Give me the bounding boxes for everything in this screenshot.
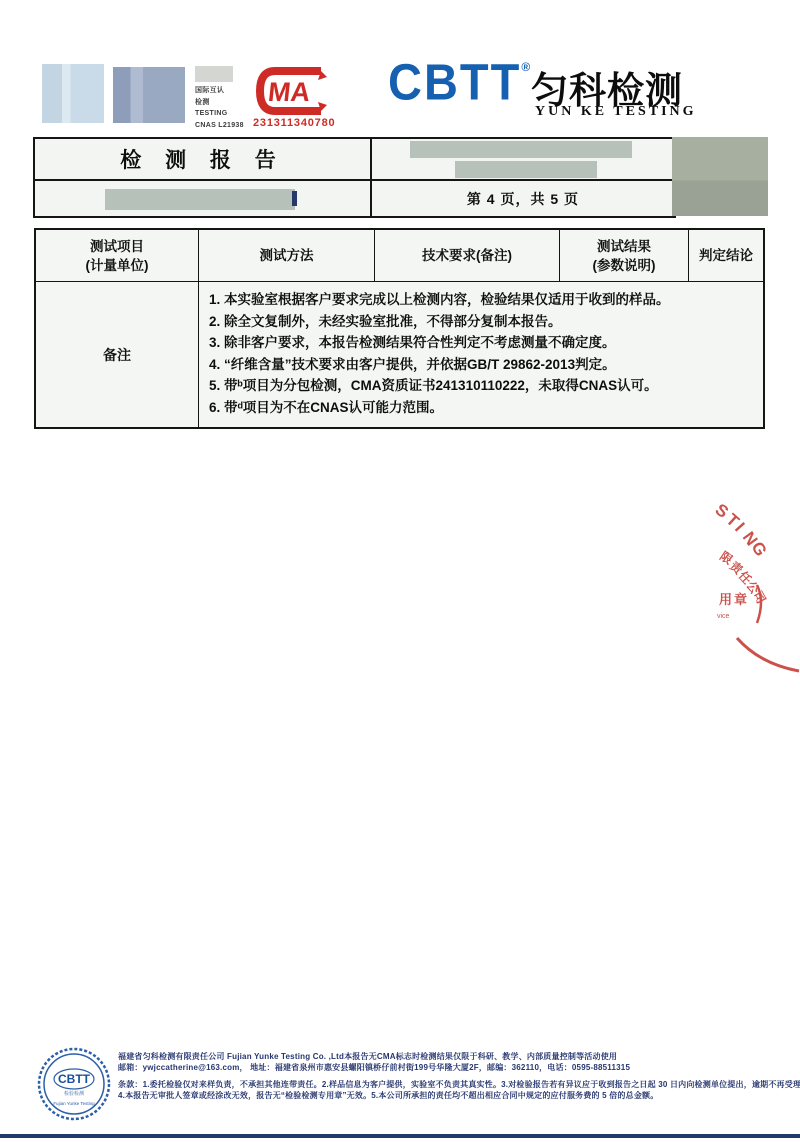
company-name-en: YUN KE TESTING bbox=[535, 104, 697, 120]
stamp-small-text: vice bbox=[717, 613, 730, 620]
note-line: 5. 带ᵇ项目为分包检测，CMA资质证书241310110222，未取得CNAS… bbox=[209, 375, 753, 397]
footer-line: 福建省匀科检测有限责任公司 Fujian Yunke Testing Co. ,… bbox=[118, 1051, 778, 1062]
report-page: 国际互认 检测 TESTING CNAS L21938 MA 231311340… bbox=[0, 0, 800, 1142]
test-results-table: 测试项目 (计量单位) 测试方法 技术要求(备注) 测试结果 (参数说明) 判定… bbox=[34, 228, 765, 429]
page-info: 第 4 页，共 5 页 bbox=[467, 189, 579, 209]
seal-arc-text: Fujian Yunke Testing bbox=[53, 1101, 95, 1106]
seal-logo-text: CBTT bbox=[58, 1072, 91, 1086]
cnas-line: CNAS L21938 bbox=[195, 120, 244, 132]
cma-certificate-number: 231311340780 bbox=[253, 117, 335, 129]
redacted-sample-id bbox=[105, 189, 295, 210]
stamp-outer-arc bbox=[737, 638, 799, 671]
redacted-cnas-mark bbox=[195, 66, 233, 82]
red-seal-stamp: S T I N G 限 责 任 公 司 用章 vice bbox=[655, 468, 800, 700]
cma-letters: MA bbox=[267, 76, 312, 107]
redacted-logo-block-1 bbox=[42, 64, 104, 123]
column-header-line: 测试结果 bbox=[597, 237, 651, 256]
column-header-line: 技术要求(备注) bbox=[422, 246, 512, 265]
cnas-line: 检测 bbox=[195, 97, 244, 109]
column-header-line: 测试项目 bbox=[90, 237, 144, 256]
redacted-report-number-2 bbox=[455, 161, 597, 178]
footer-line: 条款：1.委托检验仅对来样负责，不承担其他连带责任。2.样品信息为客户提供，实验… bbox=[118, 1079, 778, 1090]
note-line: 4. “纤维含量”技术要求由客户提供，并依据GB/T 29862-2013判定。 bbox=[209, 354, 753, 376]
column-header-line: (计量单位) bbox=[86, 256, 149, 275]
company-brand: CBTT® 匀科检测 YUN KE TESTING bbox=[388, 58, 530, 105]
cnas-accreditation-text: 国际互认 检测 TESTING CNAS L21938 bbox=[195, 85, 244, 131]
cbtt-footer-seal: CBTT 检验检测 Fujian Yunke Testing bbox=[36, 1046, 112, 1122]
column-header-conclusion: 判定结论 bbox=[689, 230, 763, 282]
remarks-label: 备注 bbox=[36, 282, 199, 427]
note-line: 6. 带ᵈ项目为不在CNAS认可能力范围。 bbox=[209, 397, 753, 419]
cnas-line: 国际互认 bbox=[195, 85, 244, 97]
footer-line: 邮箱：ywjccatherine@163.com， 地址：福建省泉州市惠安县螺阳… bbox=[118, 1062, 778, 1073]
seal-sub-text: 检验检测 bbox=[64, 1090, 84, 1097]
report-title: 检 测 报 告 bbox=[120, 144, 285, 174]
footer-line: 4.本报告无审批人签章或经涂改无效，报告无“检验检测专用章”无效。5.本公司所承… bbox=[118, 1090, 778, 1101]
redacted-report-number bbox=[410, 141, 632, 158]
redacted-corner-block bbox=[672, 137, 768, 216]
redacted-logo-block-2 bbox=[113, 67, 185, 123]
note-line: 1. 本实验室根据客户要求完成以上检测内容，检验结果仅适用于收到的样品。 bbox=[209, 289, 753, 311]
column-header-requirement: 技术要求(备注) bbox=[375, 230, 560, 282]
remarks-content: 1. 本实验室根据客户要求完成以上检测内容，检验结果仅适用于收到的样品。 2. … bbox=[199, 282, 763, 427]
column-header-line: 判定结论 bbox=[699, 246, 753, 265]
redacted-sample-id-tail bbox=[292, 191, 297, 206]
column-header-line: 测试方法 bbox=[260, 246, 314, 265]
remarks-row: 备注 1. 本实验室根据客户要求完成以上检测内容，检验结果仅适用于收到的样品。 … bbox=[36, 282, 763, 427]
column-header-line: (参数说明) bbox=[593, 256, 656, 275]
stamp-center-text: 用章 bbox=[719, 592, 749, 607]
cbtt-logo: CBTT bbox=[388, 56, 521, 107]
report-title-cell: 检 测 报 告 bbox=[35, 139, 372, 181]
footer-legal-text: 福建省匀科检测有限责任公司 Fujian Yunke Testing Co. ,… bbox=[118, 1051, 778, 1101]
registered-mark-icon: ® bbox=[521, 60, 530, 74]
cnas-line: TESTING bbox=[195, 108, 244, 120]
column-header-test-item: 测试项目 (计量单位) bbox=[36, 230, 199, 282]
note-line: 2. 除全文复制外，未经实验室批准，不得部分复制本报告。 bbox=[209, 311, 753, 333]
column-header-test-method: 测试方法 bbox=[199, 230, 375, 282]
page-info-cell: 第 4 页，共 5 页 bbox=[372, 181, 674, 216]
table-header-row: 测试项目 (计量单位) 测试方法 技术要求(备注) 测试结果 (参数说明) 判定… bbox=[36, 230, 763, 282]
cma-icon: MA bbox=[255, 66, 333, 118]
column-header-test-result: 测试结果 (参数说明) bbox=[560, 230, 689, 282]
note-line: 3. 除非客户要求，本报告检测结果符合性判定不考虑测量不确定度。 bbox=[209, 332, 753, 354]
bottom-rule bbox=[0, 1134, 800, 1138]
